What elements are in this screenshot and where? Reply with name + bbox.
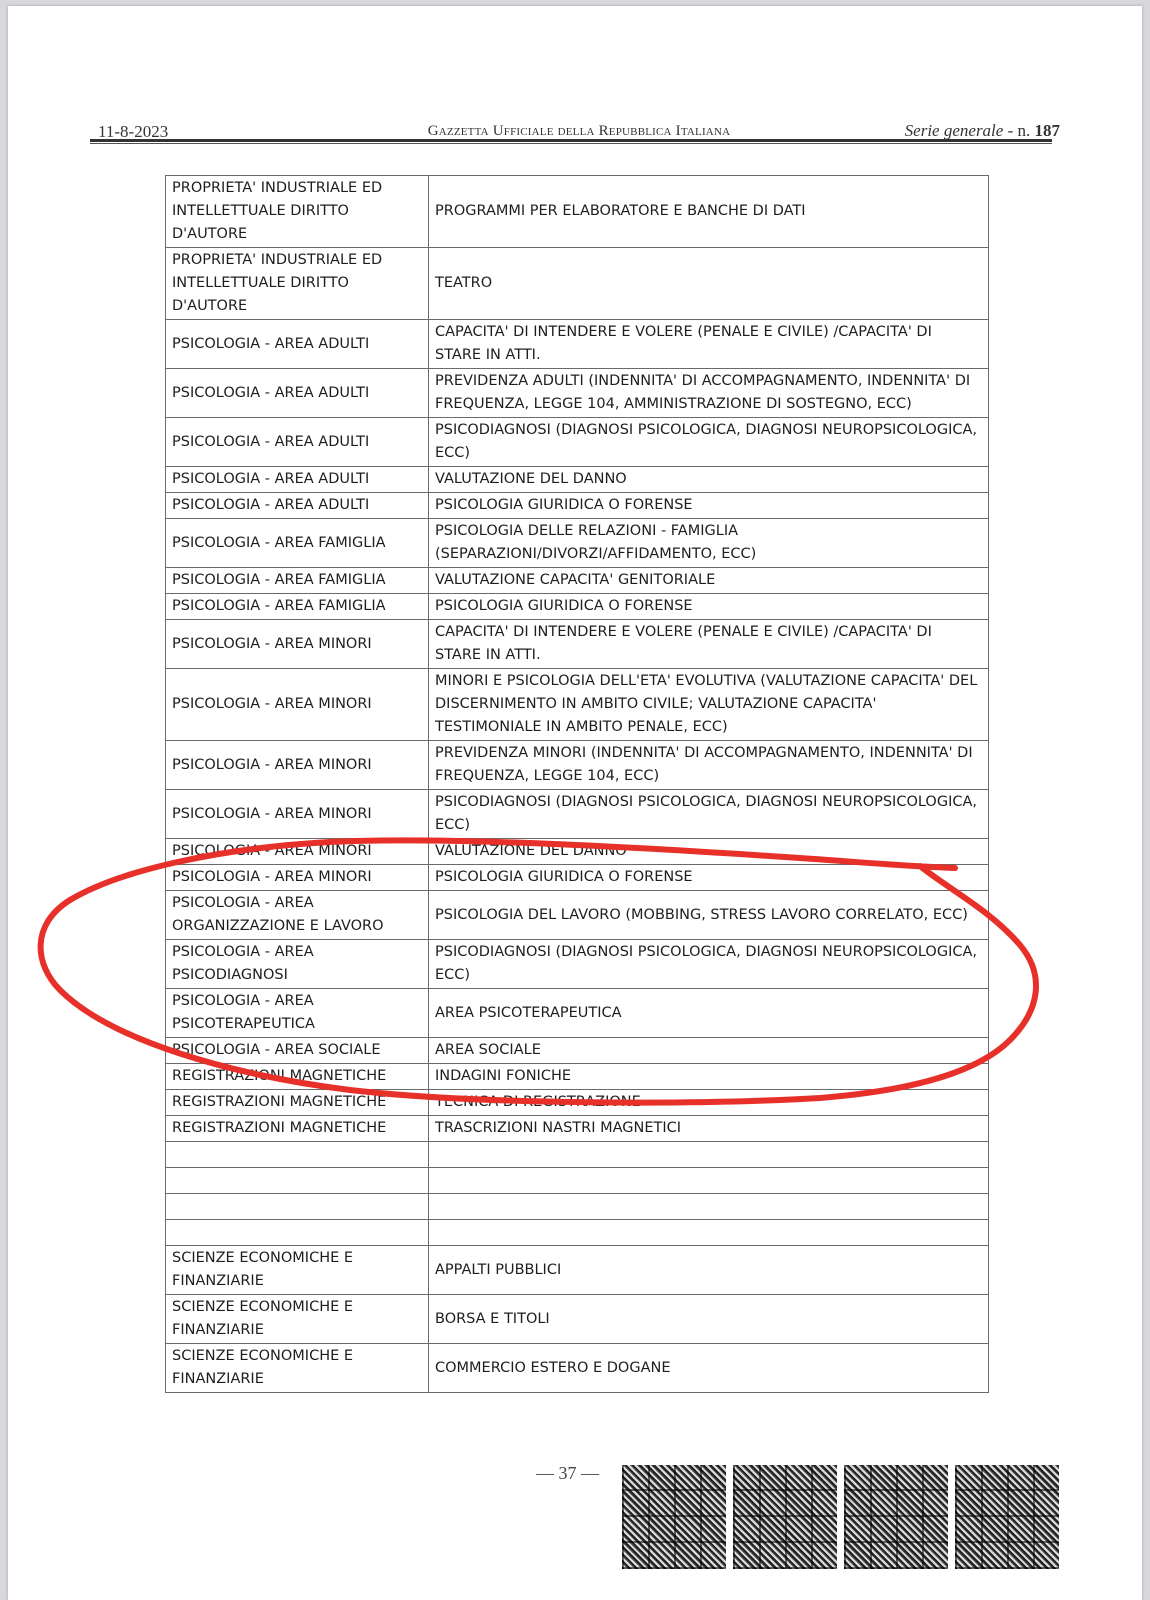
table-row: PSICOLOGIA - AREA ADULTIPSICOLOGIA GIURI… bbox=[166, 493, 989, 519]
category-cell: PROPRIETA' INDUSTRIALE ED INTELLETTUALE … bbox=[166, 176, 429, 248]
category-cell bbox=[166, 1194, 429, 1220]
table-row: PSICOLOGIA - AREA MINORIPSICODIAGNOSI (D… bbox=[166, 790, 989, 839]
category-cell: PSICOLOGIA - AREA MINORI bbox=[166, 790, 429, 839]
specialty-cell: PSICODIAGNOSI (DIAGNOSI PSICOLOGICA, DIA… bbox=[429, 790, 989, 839]
category-cell: SCIENZE ECONOMICHE E FINANZIARIE bbox=[166, 1246, 429, 1295]
specialty-cell: PSICODIAGNOSI (DIAGNOSI PSICOLOGICA, DIA… bbox=[429, 940, 989, 989]
table-row: PSICOLOGIA - AREA ADULTIPREVIDENZA ADULT… bbox=[166, 369, 989, 418]
category-cell: PSICOLOGIA - AREA MINORI bbox=[166, 620, 429, 669]
qr-code-icon bbox=[844, 1465, 948, 1569]
specialty-cell: TRASCRIZIONI NASTRI MAGNETICI bbox=[429, 1116, 989, 1142]
table-row: PSICOLOGIA - AREA MINORIPSICOLOGIA GIURI… bbox=[166, 865, 989, 891]
table-row: SCIENZE ECONOMICHE E FINANZIARIECOMMERCI… bbox=[166, 1344, 989, 1393]
category-cell: PSICOLOGIA - AREA ADULTI bbox=[166, 320, 429, 369]
category-cell: PSICOLOGIA - AREA FAMIGLIA bbox=[166, 568, 429, 594]
table-row: SCIENZE ECONOMICHE E FINANZIARIEAPPALTI … bbox=[166, 1246, 989, 1295]
table-row: PSICOLOGIA - AREA ADULTIVALUTAZIONE DEL … bbox=[166, 467, 989, 493]
category-cell: PSICOLOGIA - AREA MINORI bbox=[166, 839, 429, 865]
category-cell: REGISTRAZIONI MAGNETICHE bbox=[166, 1116, 429, 1142]
series-label: Serie generale bbox=[905, 121, 1004, 140]
category-cell: PSICOLOGIA - AREA ADULTI bbox=[166, 493, 429, 519]
table-row: PSICOLOGIA - AREA PSICOTERAPEUTICAAREA P… bbox=[166, 989, 989, 1038]
category-cell: PSICOLOGIA - AREA ADULTI bbox=[166, 369, 429, 418]
table-row: PSICOLOGIA - AREA FAMIGLIAPSICOLOGIA DEL… bbox=[166, 519, 989, 568]
specialty-cell: PREVIDENZA ADULTI (INDENNITA' DI ACCOMPA… bbox=[429, 369, 989, 418]
specialty-cell: COMMERCIO ESTERO E DOGANE bbox=[429, 1344, 989, 1393]
specialty-cell bbox=[429, 1194, 989, 1220]
category-cell bbox=[166, 1142, 429, 1168]
specialty-cell: PSICOLOGIA DEL LAVORO (MOBBING, STRESS L… bbox=[429, 891, 989, 940]
specialty-cell bbox=[429, 1220, 989, 1246]
category-cell: SCIENZE ECONOMICHE E FINANZIARIE bbox=[166, 1344, 429, 1393]
specialty-cell: TECNICA DI REGISTRAZIONE bbox=[429, 1090, 989, 1116]
series-info: Serie generale - n. 187 bbox=[905, 121, 1060, 141]
table-row: PSICOLOGIA - AREA MINORICAPACITA' DI INT… bbox=[166, 620, 989, 669]
specialty-cell: PSICODIAGNOSI (DIAGNOSI PSICOLOGICA, DIA… bbox=[429, 418, 989, 467]
table-row bbox=[166, 1220, 989, 1246]
specialty-cell: AREA SOCIALE bbox=[429, 1038, 989, 1064]
table-row: PSICOLOGIA - AREA FAMIGLIAVALUTAZIONE CA… bbox=[166, 568, 989, 594]
specialty-cell: CAPACITA' DI INTENDERE E VOLERE (PENALE … bbox=[429, 320, 989, 369]
specialty-cell: PREVIDENZA MINORI (INDENNITA' DI ACCOMPA… bbox=[429, 741, 989, 790]
table-row: PSICOLOGIA - AREA ADULTIPSICODIAGNOSI (D… bbox=[166, 418, 989, 467]
qr-code-icon bbox=[955, 1465, 1059, 1569]
category-cell: PSICOLOGIA - AREA PSICODIAGNOSI bbox=[166, 940, 429, 989]
specialty-cell: PSICOLOGIA GIURIDICA O FORENSE bbox=[429, 493, 989, 519]
table-row: PSICOLOGIA - AREA ADULTICAPACITA' DI INT… bbox=[166, 320, 989, 369]
category-cell: SCIENZE ECONOMICHE E FINANZIARIE bbox=[166, 1295, 429, 1344]
table-row: PSICOLOGIA - AREA FAMIGLIAPSICOLOGIA GIU… bbox=[166, 594, 989, 620]
qr-code-icon bbox=[622, 1465, 726, 1569]
table-row bbox=[166, 1194, 989, 1220]
series-sep: - n. bbox=[1003, 121, 1034, 140]
header-rule-thin bbox=[90, 143, 1052, 144]
specialty-cell bbox=[429, 1168, 989, 1194]
specialty-cell bbox=[429, 1142, 989, 1168]
category-cell: PSICOLOGIA - AREA ADULTI bbox=[166, 418, 429, 467]
category-cell: REGISTRAZIONI MAGNETICHE bbox=[166, 1090, 429, 1116]
specialty-cell: VALUTAZIONE DEL DANNO bbox=[429, 839, 989, 865]
category-cell: PSICOLOGIA - AREA ORGANIZZAZIONE E LAVOR… bbox=[166, 891, 429, 940]
specialty-cell: INDAGINI FONICHE bbox=[429, 1064, 989, 1090]
category-cell: PSICOLOGIA - AREA PSICOTERAPEUTICA bbox=[166, 989, 429, 1038]
specialty-cell: BORSA E TITOLI bbox=[429, 1295, 989, 1344]
specialty-cell: PROGRAMMI PER ELABORATORE E BANCHE DI DA… bbox=[429, 176, 989, 248]
specialty-cell: VALUTAZIONE CAPACITA' GENITORIALE bbox=[429, 568, 989, 594]
category-cell: PSICOLOGIA - AREA ADULTI bbox=[166, 467, 429, 493]
table-row: PSICOLOGIA - AREA MINORIVALUTAZIONE DEL … bbox=[166, 839, 989, 865]
table-row: PSICOLOGIA - AREA MINORIPREVIDENZA MINOR… bbox=[166, 741, 989, 790]
specialty-cell: AREA PSICOTERAPEUTICA bbox=[429, 989, 989, 1038]
category-cell bbox=[166, 1220, 429, 1246]
specialty-cell: VALUTAZIONE DEL DANNO bbox=[429, 467, 989, 493]
header-rule bbox=[90, 139, 1052, 142]
category-cell: PSICOLOGIA - AREA MINORI bbox=[166, 741, 429, 790]
table-row bbox=[166, 1168, 989, 1194]
category-cell: REGISTRAZIONI MAGNETICHE bbox=[166, 1064, 429, 1090]
table-row: REGISTRAZIONI MAGNETICHETRASCRIZIONI NAS… bbox=[166, 1116, 989, 1142]
category-cell: PSICOLOGIA - AREA FAMIGLIA bbox=[166, 594, 429, 620]
specialty-cell: CAPACITA' DI INTENDERE E VOLERE (PENALE … bbox=[429, 620, 989, 669]
category-cell: PSICOLOGIA - AREA MINORI bbox=[166, 669, 429, 741]
category-cell: PROPRIETA' INDUSTRIALE ED INTELLETTUALE … bbox=[166, 248, 429, 320]
table-row: PSICOLOGIA - AREA PSICODIAGNOSIPSICODIAG… bbox=[166, 940, 989, 989]
category-cell: PSICOLOGIA - AREA FAMIGLIA bbox=[166, 519, 429, 568]
table-row: REGISTRAZIONI MAGNETICHEINDAGINI FONICHE bbox=[166, 1064, 989, 1090]
table-row: REGISTRAZIONI MAGNETICHETECNICA DI REGIS… bbox=[166, 1090, 989, 1116]
series-number: 187 bbox=[1035, 121, 1061, 140]
expertise-table: PROPRIETA' INDUSTRIALE ED INTELLETTUALE … bbox=[165, 175, 989, 1393]
table-row: PSICOLOGIA - AREA SOCIALEAREA SOCIALE bbox=[166, 1038, 989, 1064]
specialty-cell: APPALTI PUBBLICI bbox=[429, 1246, 989, 1295]
page-number: — 37 — bbox=[536, 1463, 599, 1484]
category-cell: PSICOLOGIA - AREA MINORI bbox=[166, 865, 429, 891]
table-row: PROPRIETA' INDUSTRIALE ED INTELLETTUALE … bbox=[166, 176, 989, 248]
specialty-cell: MINORI E PSICOLOGIA DELL'ETA' EVOLUTIVA … bbox=[429, 669, 989, 741]
specialty-cell: PSICOLOGIA GIURIDICA O FORENSE bbox=[429, 865, 989, 891]
specialty-cell: PSICOLOGIA DELLE RELAZIONI - FAMIGLIA (S… bbox=[429, 519, 989, 568]
category-cell bbox=[166, 1168, 429, 1194]
table-row bbox=[166, 1142, 989, 1168]
specialty-cell: PSICOLOGIA GIURIDICA O FORENSE bbox=[429, 594, 989, 620]
category-cell: PSICOLOGIA - AREA SOCIALE bbox=[166, 1038, 429, 1064]
table-row: SCIENZE ECONOMICHE E FINANZIARIEBORSA E … bbox=[166, 1295, 989, 1344]
table-row: PSICOLOGIA - AREA MINORIMINORI E PSICOLO… bbox=[166, 669, 989, 741]
specialty-cell: TEATRO bbox=[429, 248, 989, 320]
table-row: PSICOLOGIA - AREA ORGANIZZAZIONE E LAVOR… bbox=[166, 891, 989, 940]
table-row: PROPRIETA' INDUSTRIALE ED INTELLETTUALE … bbox=[166, 248, 989, 320]
qr-code-icon bbox=[733, 1465, 837, 1569]
